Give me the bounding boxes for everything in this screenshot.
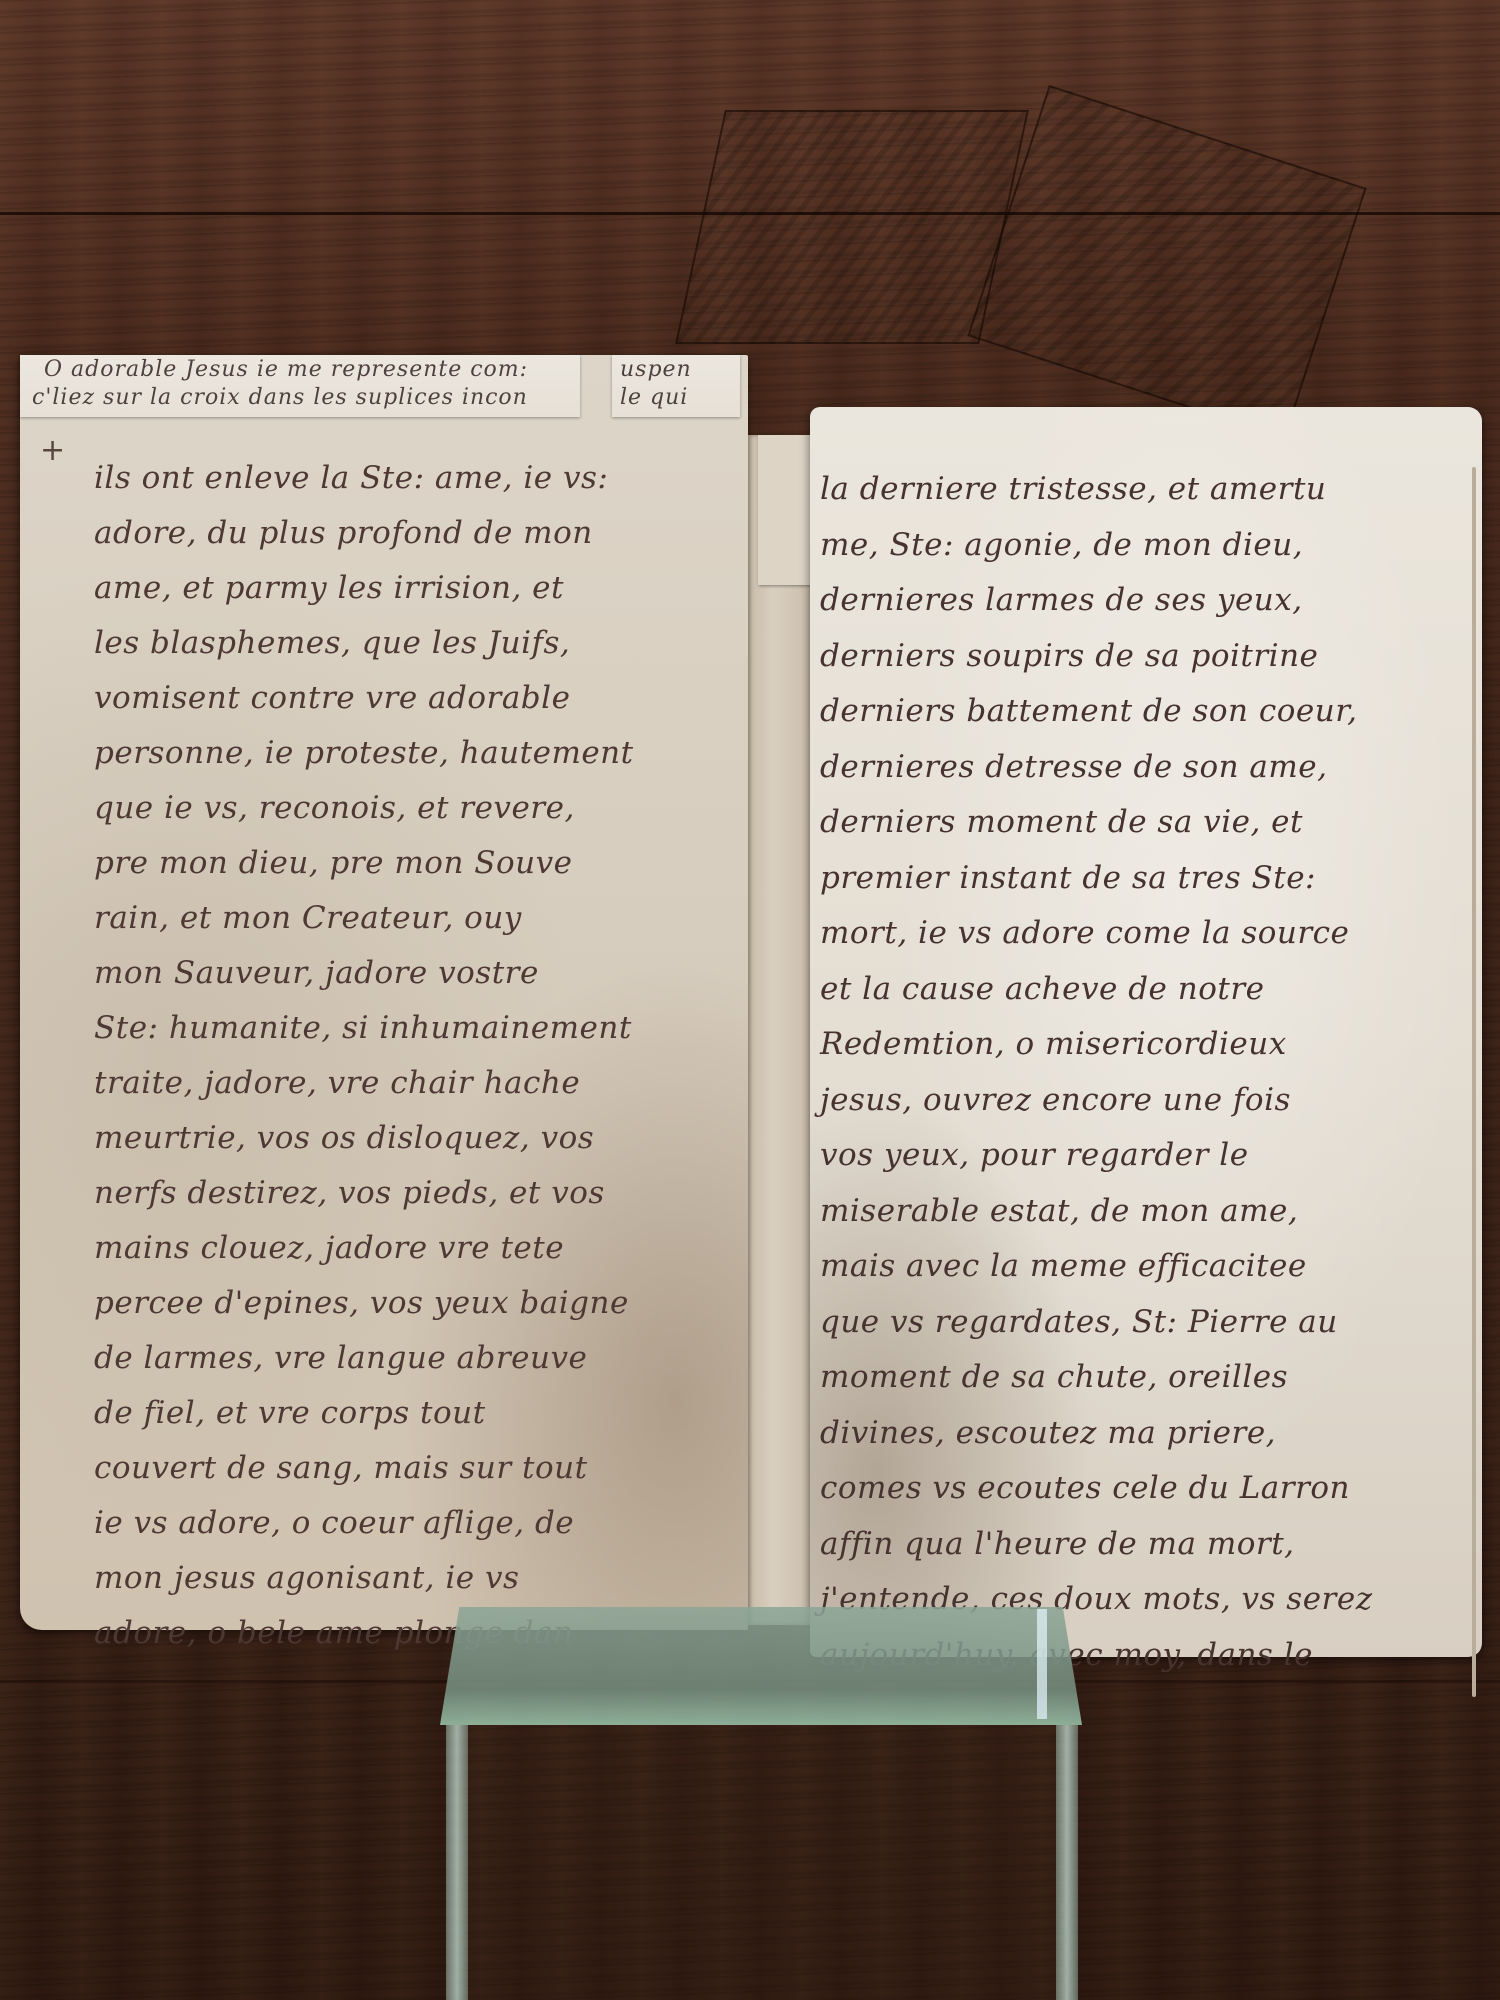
slip-line: c'liez sur la croix dans les suplices in… (32, 385, 528, 410)
pasted-paper-slip-small: uspen le qui (612, 355, 740, 417)
text-line: premier instant de sa tres Ste: (820, 851, 1460, 907)
text-line: et la cause acheve de notre (820, 962, 1460, 1018)
left-page-text: ils ont enleve la Ste: ame, ie vs: adore… (94, 451, 734, 1661)
slip-line: le qui (620, 385, 688, 410)
page-edge (1472, 467, 1476, 1697)
glass-stand-face (468, 1725, 1056, 2000)
text-line: la derniere tristesse, et amertu (820, 462, 1460, 518)
text-line: derniers soupirs de sa poitrine (820, 629, 1460, 685)
text-line: de fiel, et vre corps tout (94, 1386, 734, 1441)
text-line: moment de sa chute, oreilles (820, 1350, 1460, 1406)
glass-stand-edge-right (1056, 1725, 1078, 2000)
slip-line: uspen (620, 357, 692, 382)
pasted-paper-slip: O adorable Jesus ie me represente com: c… (20, 355, 580, 417)
text-line: rain, et mon Createur, ouy (94, 891, 734, 946)
text-line: mais avec la meme efficacitee (820, 1239, 1460, 1295)
text-line: de larmes, vre langue abreuve (94, 1331, 734, 1386)
cross-mark-icon: + (40, 433, 65, 468)
text-line: mon jesus agonisant, ie vs (94, 1551, 734, 1606)
slip-line: O adorable Jesus ie me represente com: (44, 357, 528, 382)
text-line: vomisent contre vre adorable (94, 671, 734, 726)
text-line: me, Ste: agonie, de mon dieu, (820, 518, 1460, 574)
text-line: comes vs ecoutes cele du Larron (820, 1461, 1460, 1517)
text-line: dernieres larmes de ses yeux, (820, 573, 1460, 629)
gutter (748, 435, 810, 1625)
text-line: mon Sauveur, jadore vostre (94, 946, 734, 1001)
text-line: miserable estat, de mon ame, (820, 1184, 1460, 1240)
text-line: Redemtion, o misericordieux (820, 1017, 1460, 1073)
text-line: divines, escoutez ma priere, (820, 1406, 1460, 1462)
text-line: couvert de sang, mais sur tout (94, 1441, 734, 1496)
text-line: jesus, ouvrez encore une fois (820, 1073, 1460, 1129)
text-line: nerfs destirez, vos pieds, et vos (94, 1166, 734, 1221)
text-line: que vs regardates, St: Pierre au (820, 1295, 1460, 1351)
text-line: les blasphemes, que les Juifs, (94, 616, 734, 671)
glass-stand-top (440, 1607, 1082, 1725)
text-line: percee d'epines, vos yeux baigne (94, 1276, 734, 1331)
text-line: ie vs adore, o coeur aflige, de (94, 1496, 734, 1551)
text-line: derniers battement de son coeur, (820, 684, 1460, 740)
text-line: meurtrie, vos os disloquez, vos (94, 1111, 734, 1166)
gutter-paper-tab (758, 435, 810, 585)
text-line: adore, du plus profond de mon (94, 506, 734, 561)
text-line: Ste: humanite, si inhumainement (94, 1001, 734, 1056)
text-line: ame, et parmy les irrision, et (94, 561, 734, 616)
text-line: dernieres detresse de son ame, (820, 740, 1460, 796)
text-line: que ie vs, reconois, et revere, (94, 781, 734, 836)
text-line: mains clouez, jadore vre tete (94, 1221, 734, 1276)
text-line: vos yeux, pour regarder le (820, 1128, 1460, 1184)
text-line: pre mon dieu, pre mon Souve (94, 836, 734, 891)
text-line: traite, jadore, vre chair hache (94, 1056, 734, 1111)
text-line: mort, ie vs adore come la source (820, 906, 1460, 962)
text-line: personne, ie proteste, hautement (94, 726, 734, 781)
text-line: derniers moment de sa vie, et (820, 795, 1460, 851)
glass-stand-edge-left (446, 1725, 468, 2000)
text-line: affin qua l'heure de ma mort, (820, 1517, 1460, 1573)
right-page-text: la derniere tristesse, et amertu me, Ste… (820, 462, 1460, 1683)
text-line: ils ont enleve la Ste: ame, ie vs: (94, 451, 734, 506)
